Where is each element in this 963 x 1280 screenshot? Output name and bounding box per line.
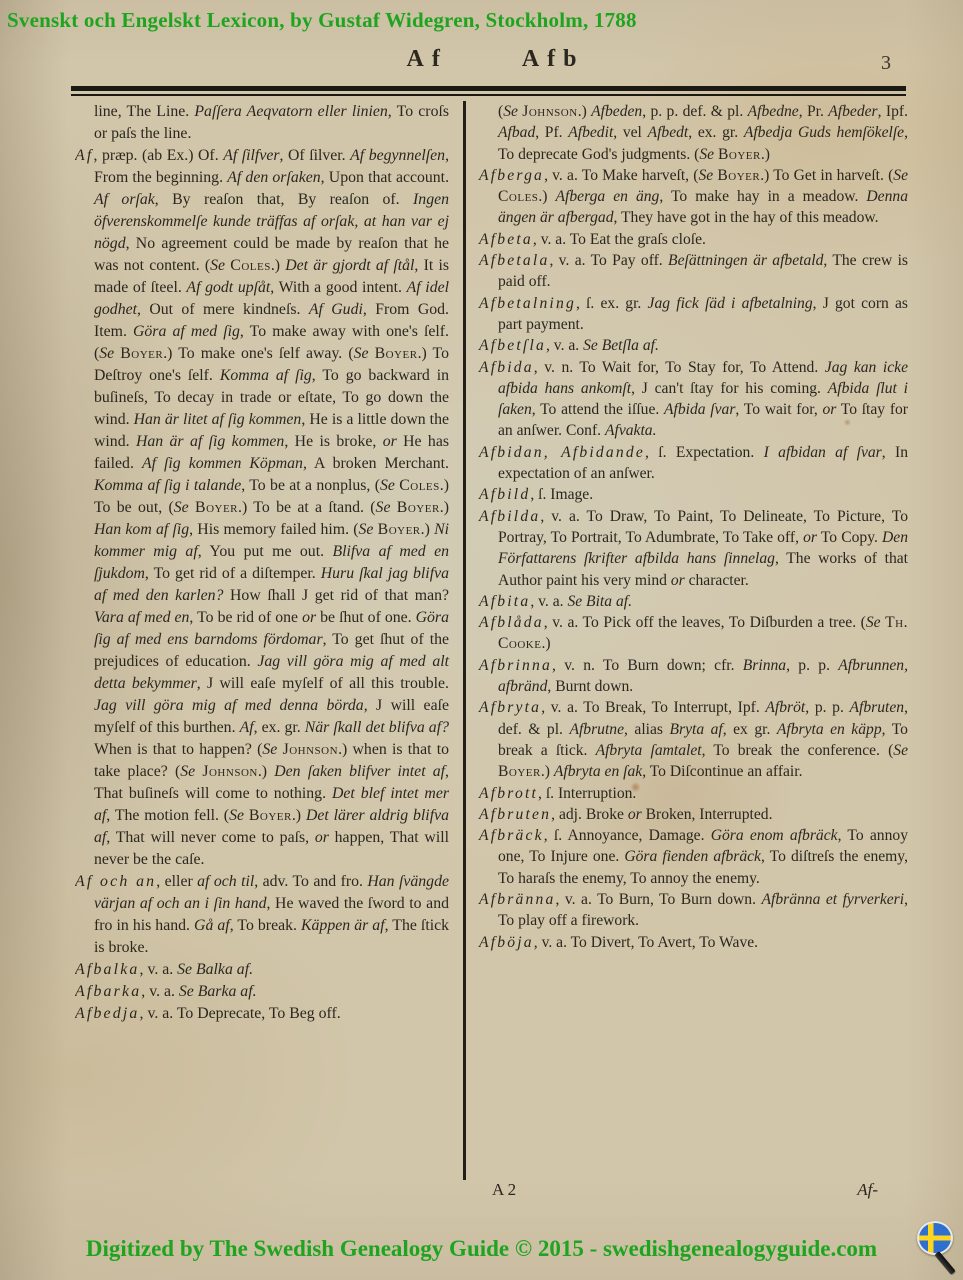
running-head-right-word: Afb <box>522 46 585 73</box>
scanned-page-background: Svenskt och Engelskt Lexicon, by Gustaf … <box>0 0 963 1280</box>
dictionary-entry: Afbränna, v. a. To Burn, To Burn down. A… <box>479 889 908 932</box>
digitization-footer-banner: Digitized by The Swedish Genealogy Guide… <box>0 1236 963 1262</box>
page-number: 3 <box>881 52 891 75</box>
dictionary-entry: Afböja, v. a. To Divert, To Avert, To Wa… <box>479 932 908 953</box>
dictionary-entry: Afblåda, v. a. To Pick off the leaves, T… <box>479 612 908 655</box>
left-column: line, The Line. Paſſera Aeqvatorn eller … <box>75 101 463 1180</box>
right-column: (Se Johnson.) Afbeden, p. p. def. & pl. … <box>466 101 908 1180</box>
signature-mark: A 2 <box>492 1180 516 1200</box>
continuation-paragraph: line, The Line. Paſſera Aeqvatorn eller … <box>75 101 449 145</box>
dictionary-entry: Afbalka, v. a. Se Balka af. <box>75 959 449 981</box>
header-double-rule <box>71 86 906 96</box>
dictionary-body: line, The Line. Paſſera Aeqvatorn eller … <box>75 101 908 1180</box>
signature-row: A 2 Af- <box>492 1180 878 1200</box>
dictionary-entry: Afbedja, v. a. To Deprecate, To Beg off. <box>75 1003 449 1025</box>
swedish-flag-magnifier-icon <box>895 1217 957 1279</box>
dictionary-entry: Afbida, v. n. To Wait for, To Stay for, … <box>479 357 908 442</box>
dictionary-entry: Afbilda, v. a. To Draw, To Paint, To Del… <box>479 506 908 591</box>
continuation-paragraph: (Se Johnson.) Afbeden, p. p. def. & pl. … <box>479 101 908 165</box>
dictionary-entry: Afbrott, ſ. Interruption. <box>479 783 908 804</box>
dictionary-entry: Afbeta, v. a. To Eat the graſs cloſe. <box>479 229 908 250</box>
dictionary-entry: Afbidan, Afbidande, ſ. Expectation. I af… <box>479 442 908 485</box>
dictionary-entry: Afbita, v. a. Se Bita af. <box>479 591 908 612</box>
dictionary-entry: Af och an, eller af och til, adv. To and… <box>75 871 449 959</box>
catchword: Af- <box>857 1180 878 1200</box>
digitization-title-banner: Svenskt och Engelskt Lexicon, by Gustaf … <box>7 8 637 33</box>
running-head: Af Afb <box>0 46 963 73</box>
dictionary-entry: Afbruten, adj. Broke or Broken, Interrup… <box>479 804 908 825</box>
dictionary-entry: Afbrinna, v. n. To Burn down; cfr. Brinn… <box>479 655 908 698</box>
swedish-flag-lens-icon <box>917 1221 953 1255</box>
dictionary-entry: Afbräck, ſ. Annoyance, Damage. Göra enom… <box>479 825 908 889</box>
dictionary-entry: Afbetalning, ſ. ex. gr. Jag fick ſäd i a… <box>479 293 908 336</box>
dictionary-entry: Afbarka, v. a. Se Barka af. <box>75 981 449 1003</box>
dictionary-entry: Af, præp. (ab Ex.) Of. Af ſilfver, Of ſi… <box>75 145 449 871</box>
dictionary-entry: Afbetſla, v. a. Se Betſla af. <box>479 335 908 356</box>
magnifier-handle-icon <box>934 1251 955 1275</box>
dictionary-entry: Afbryta, v. a. To Break, To Interrupt, I… <box>479 697 908 782</box>
running-head-left-word: Af <box>407 46 448 73</box>
dictionary-entry: Afbild, ſ. Image. <box>479 484 908 505</box>
dictionary-entry: Afberga, v. a. To Make harveſt, (Se Boye… <box>479 165 908 229</box>
dictionary-entry: Afbetala, v. a. To Pay off. Beſättningen… <box>479 250 908 293</box>
